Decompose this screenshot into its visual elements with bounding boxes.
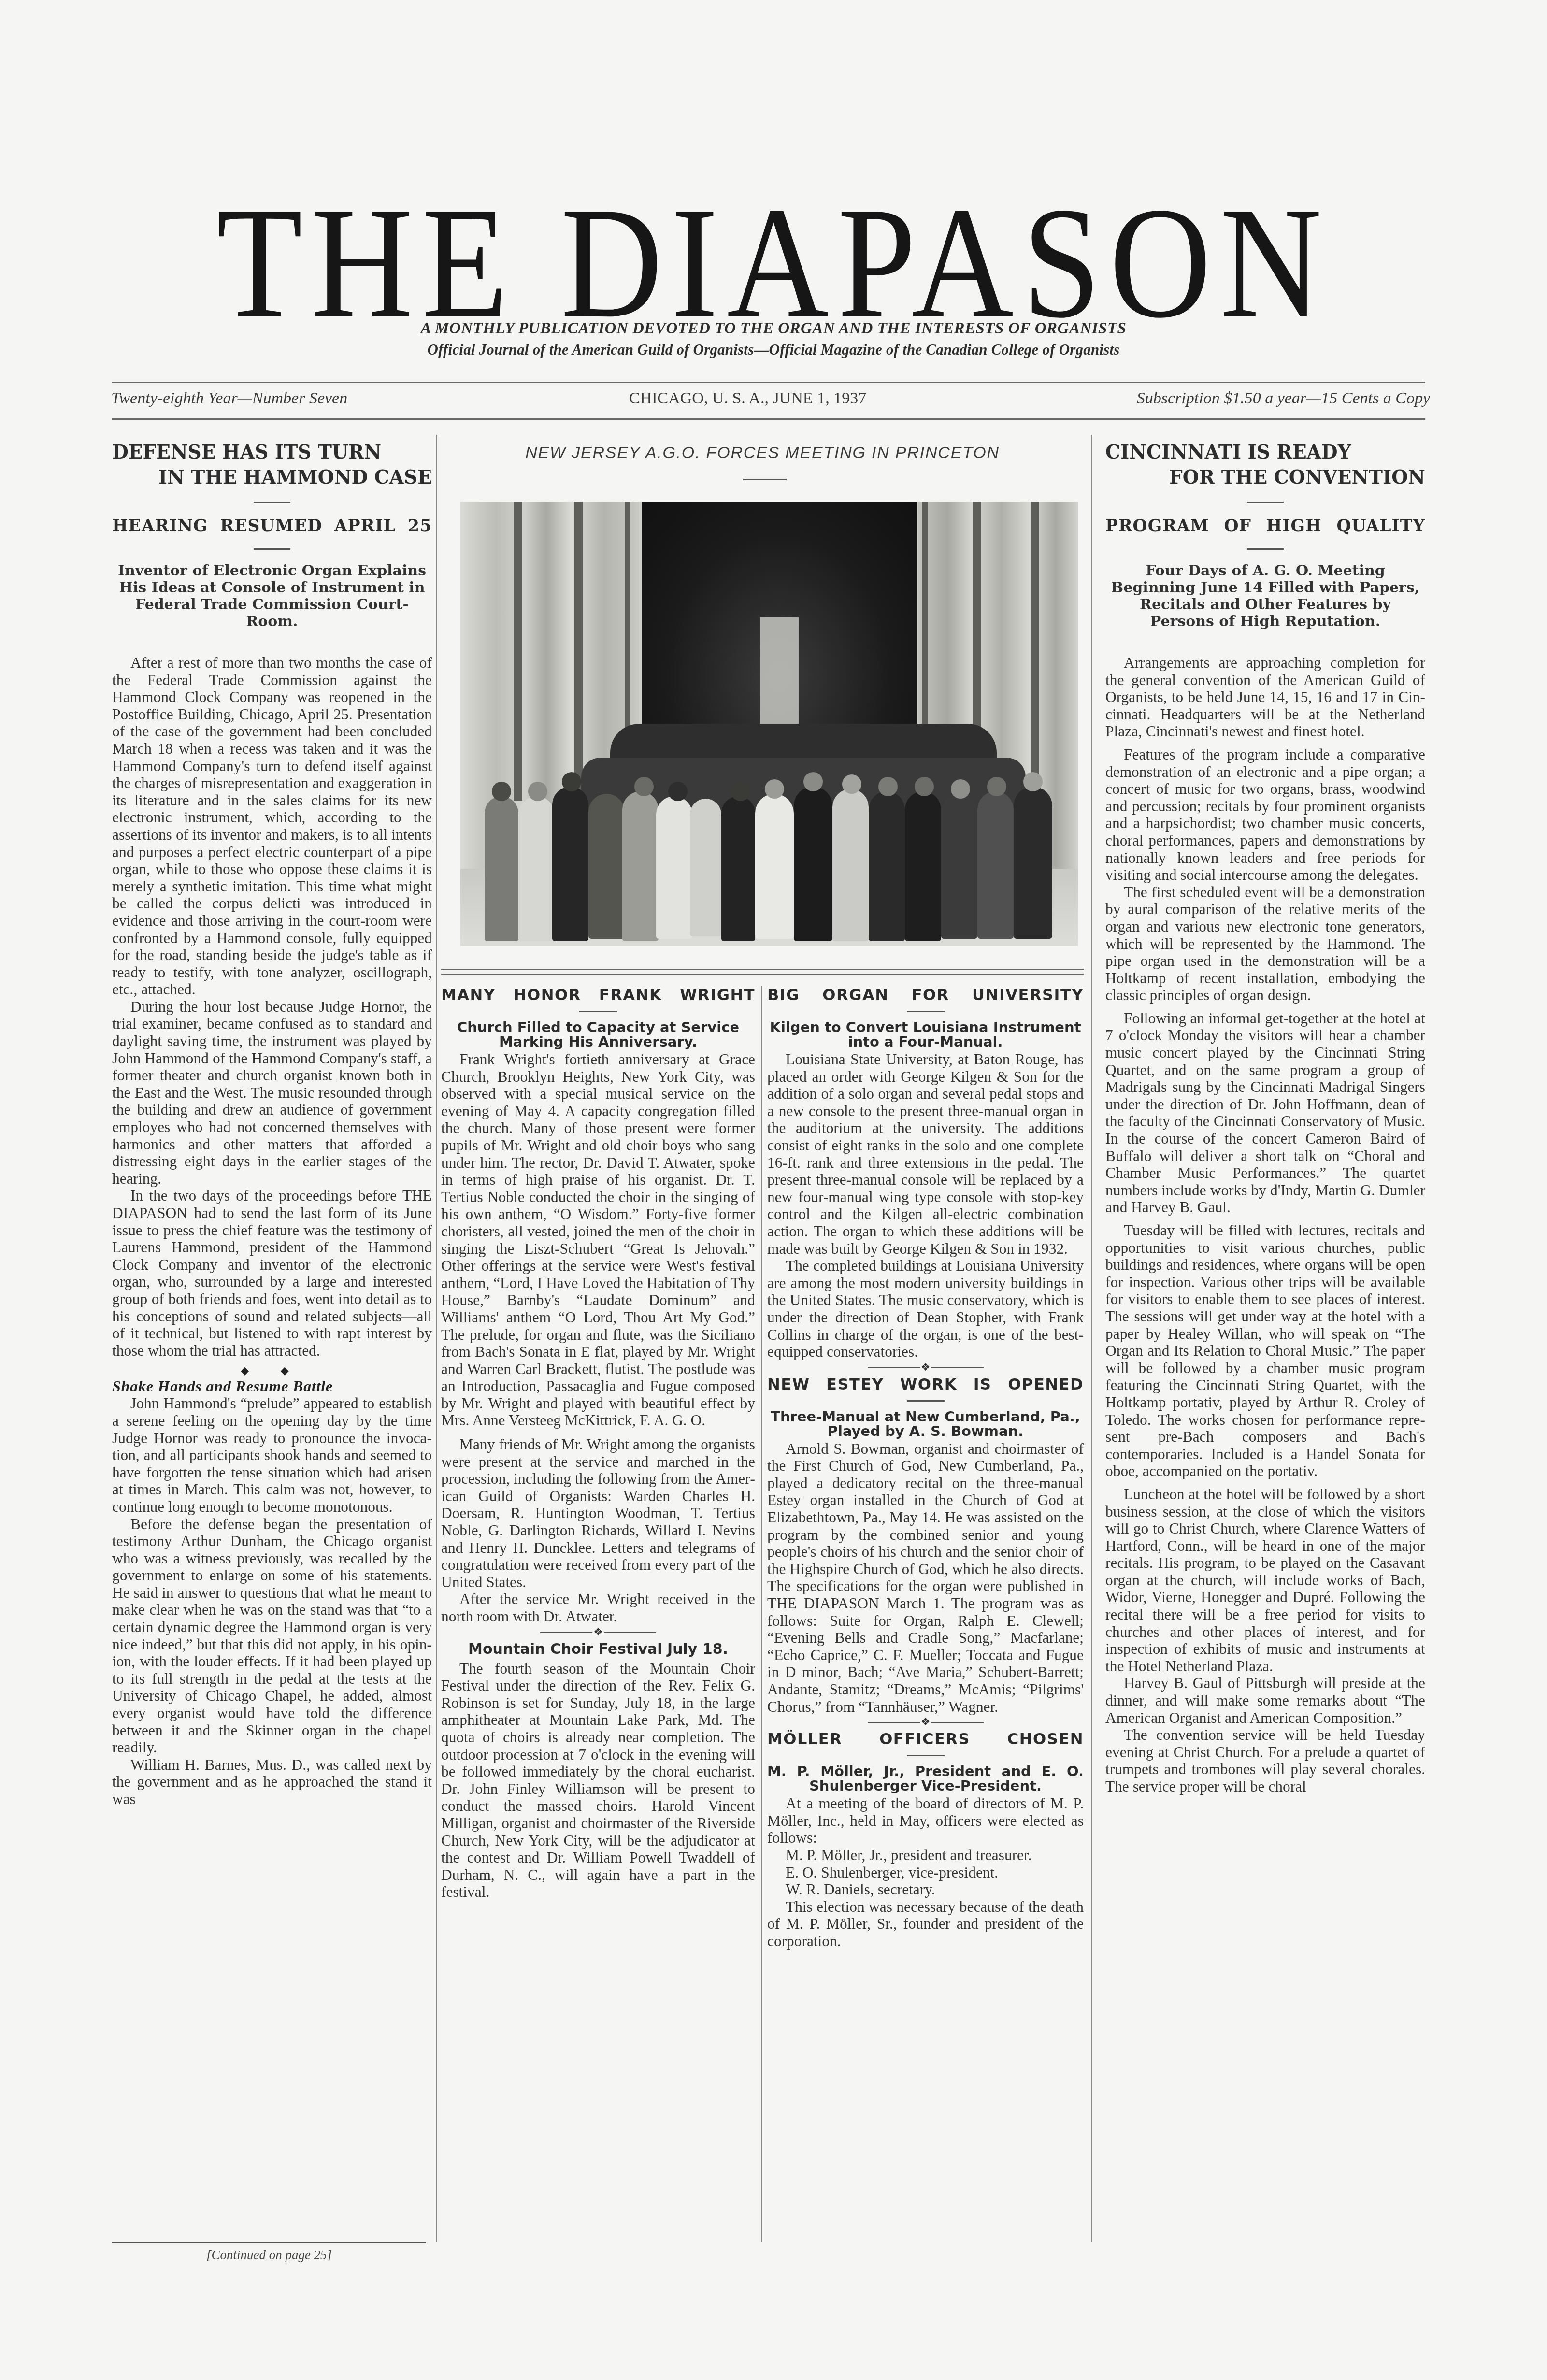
masthead: THE DIAPASON	[0, 184, 1547, 325]
headline-rule	[907, 1755, 945, 1756]
photo-rule-bottom-2	[441, 974, 1084, 975]
paragraph: William H. Barnes, Mus. D., was called n…	[112, 1756, 432, 1808]
photo-crowd	[470, 714, 1060, 874]
diamond-ornament-icon: ❖	[592, 1626, 604, 1638]
paragraph: E. O. Shulenberger, vice-president.	[767, 1864, 1084, 1881]
paragraph: This election was necessary because of t…	[767, 1898, 1084, 1950]
masthead-tagline: A MONTHLY PUBLICATION DEVOTED TO THE ORG…	[0, 320, 1547, 338]
deck: Church Filled to Capacity at Service Mar…	[441, 1020, 755, 1049]
article-cincinnati-convention: CINCINNATI IS READY FOR THE CONVENTION P…	[1105, 440, 1425, 1795]
paragraph: Before the defense began the pre­sentati…	[112, 1516, 432, 1756]
paragraph: Louisiana State University, at Baton Rou…	[767, 1051, 1084, 1257]
headline-line-1: DEFENSE HAS ITS TURN	[112, 441, 381, 463]
headline-rule	[579, 1011, 617, 1012]
subheadline-rule	[254, 548, 290, 550]
article-frank-wright: MANY HONOR FRANK WRIGHT Church Filled to…	[441, 986, 755, 1901]
paragraph: The completed buildings at Louis­iana Un…	[767, 1257, 1084, 1361]
paragraph: Luncheon at the hotel will be fol­lowed …	[1105, 1486, 1425, 1675]
ornament-divider: ❖	[868, 1367, 984, 1368]
dateline-rule-bottom	[112, 418, 1425, 420]
ornament-divider: ❖	[868, 1722, 984, 1723]
section-head: Shake Hands and Resume Battle	[112, 1377, 432, 1395]
paragraph: W. R. Daniels, secretary.	[767, 1881, 1084, 1898]
paragraph: The convention service will be held Tues…	[1105, 1726, 1425, 1795]
place-date: CHICAGO, U. S. A., JUNE 1, 1937	[629, 389, 866, 408]
headline: BIG ORGAN FOR UNIVERSITY	[767, 986, 1084, 1004]
deck: Three-Manual at New Cumberland, Pa., Pla…	[767, 1409, 1084, 1438]
column-divider-3	[1091, 435, 1092, 2242]
paragraph: During the hour lost because Judge Horno…	[112, 998, 432, 1188]
paragraph: In the two days of the proceedings befor…	[112, 1187, 432, 1359]
photo-caption: NEW JERSEY A.G.O. FORCES MEETING IN PRIN…	[441, 444, 1084, 462]
ornament-divider: ❖	[540, 1632, 656, 1633]
article-mountain-choir-headline: Mountain Choir Festival July 18.	[441, 1640, 755, 1659]
masthead-title: THE DIAPASON	[216, 184, 1331, 343]
paragraph: The fourth season of the Mountain Choir …	[441, 1660, 755, 1901]
subscription-price: Subscription $1.50 a year—15 Cents a Cop…	[1137, 389, 1430, 408]
headline: CINCINNATI IS READY FOR THE CONVENTION	[1105, 440, 1425, 490]
column-divider-1	[436, 435, 437, 2242]
subheadline: PROGRAM OF HIGH QUALITY	[1105, 516, 1425, 537]
deck: Inventor of Electronic Organ Explains Hi…	[112, 562, 432, 630]
newspaper-page: THE DIAPASON A MONTHLY PUBLICATION DEVOT…	[0, 0, 1547, 2380]
deck: M. P. Möller, Jr., President and E. O. S…	[767, 1764, 1084, 1793]
paragraph: Arnold S. Bowman, organist and choirmast…	[767, 1440, 1084, 1716]
article-moller-headline: MÖLLER OFFICERS CHOSEN	[767, 1730, 1084, 1748]
article-estey-headline: NEW ESTEY WORK IS OPENED	[767, 1375, 1084, 1393]
diamond-ornament-icon: ❖	[920, 1716, 931, 1728]
deck: Kilgen to Convert Louisiana Instrument i…	[767, 1020, 1084, 1049]
paragraph: Harvey B. Gaul of Pittsburgh will presid…	[1105, 1675, 1425, 1726]
continued-link[interactable]: [Continued on page 25]	[112, 2248, 426, 2263]
headline: MANY HONOR FRANK WRIGHT	[441, 986, 755, 1004]
headline-rule	[907, 1400, 945, 1402]
article-hammond-case: DEFENSE HAS ITS TURN IN THE HAMMOND CASE…	[112, 440, 432, 1808]
headline-rule	[254, 502, 290, 503]
paragraph: After the service Mr. Wright re­ceived i…	[441, 1591, 755, 1625]
paragraph: Features of the program include a compar…	[1105, 746, 1425, 884]
paragraph: The first scheduled event will be a demo…	[1105, 884, 1425, 1004]
masthead-rule-top	[112, 382, 1425, 383]
paragraph: Frank Wright's fortieth anniversary at G…	[441, 1051, 755, 1429]
paragraph: M. P. Möller, Jr., president and treasur…	[767, 1847, 1084, 1864]
diamond-ornament-icon: ❖	[920, 1362, 931, 1373]
subheadline-rule	[1247, 548, 1284, 550]
paragraph: Many friends of Mr. Wright among the org…	[441, 1436, 755, 1591]
photo-caption-rule	[743, 479, 787, 480]
paragraph: Following an informal get-together at th…	[1105, 1010, 1425, 1216]
paragraph: Tuesday will be filled with lectures, re…	[1105, 1222, 1425, 1480]
headline-rule	[1247, 502, 1284, 503]
volume-number: Twenty-eighth Year—Number Seven	[111, 389, 347, 408]
paragraph: John Hammond's “prelude” appeared to est…	[112, 1395, 432, 1515]
section-ornament: ◆ ◆	[112, 1364, 432, 1377]
dateline: Twenty-eighth Year—Number Seven CHICAGO,…	[111, 389, 1430, 414]
paragraph: After a rest of more than two months the…	[112, 654, 432, 998]
column-divider-2	[761, 986, 762, 2242]
paragraph: At a meeting of the board of direc­tors …	[767, 1795, 1084, 1847]
photo-rule-bottom-1	[441, 969, 1084, 970]
headline-line-1: CINCINNATI IS READY	[1105, 441, 1351, 463]
continued-rule	[112, 2242, 426, 2243]
headline-rule	[907, 1011, 945, 1012]
headline-line-2: IN THE HAMMOND CASE	[112, 465, 432, 490]
paragraph: Arrangements are approaching com­pletion…	[1105, 654, 1425, 740]
article-big-organ-university: BIG ORGAN FOR UNIVERSITY Kilgen to Conve…	[767, 986, 1084, 1950]
headline-line-2: FOR THE CONVENTION	[1105, 465, 1425, 490]
masthead-subtagline: Official Journal of the American Guild o…	[0, 341, 1547, 358]
group-photo	[460, 502, 1078, 946]
subheadline: HEARING RESUMED APRIL 25	[112, 516, 432, 537]
headline: DEFENSE HAS ITS TURN IN THE HAMMOND CASE	[112, 440, 432, 490]
deck: Four Days of A. G. O. Meeting Beginning …	[1105, 562, 1425, 630]
